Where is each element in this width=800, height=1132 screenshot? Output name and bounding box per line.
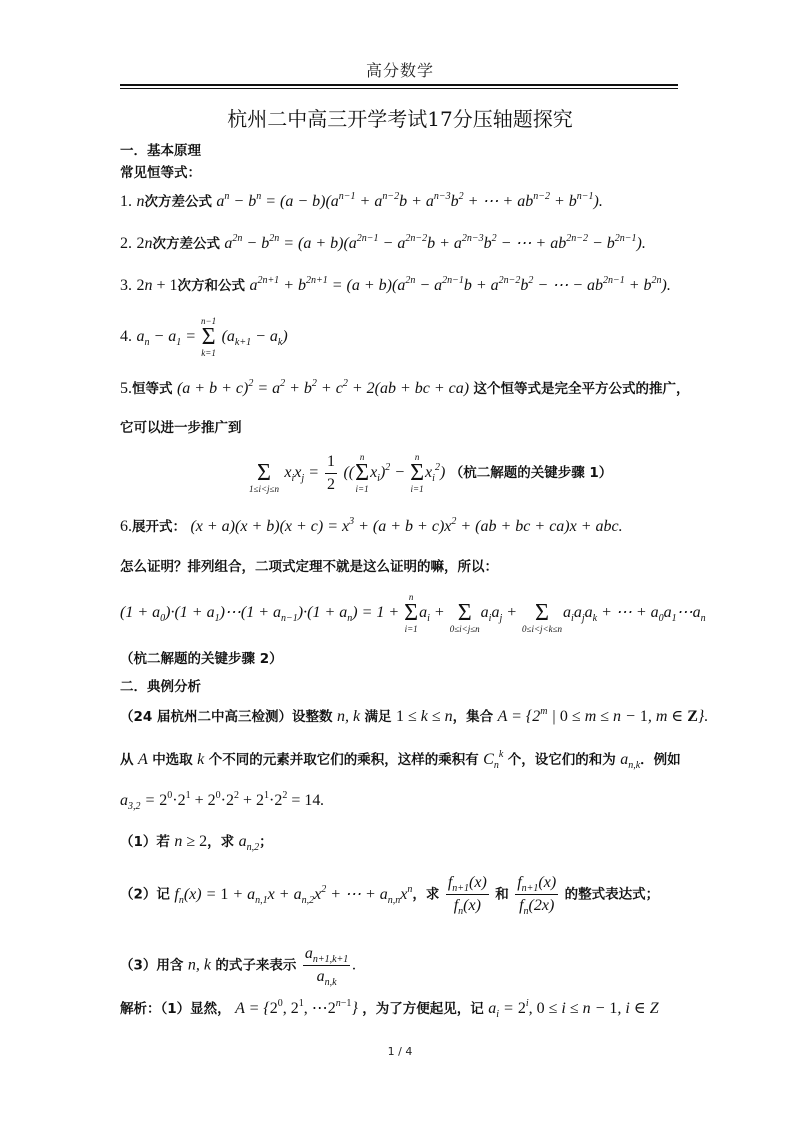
identity-5: 5.恒等式 (a + b + c)2 = a2 + b2 + c2 + 2(ab…: [120, 380, 690, 398]
solution-start: 解析：（1）显然， A = {20, 21, ⋯2n−1} ，为了方便起见，记 …: [120, 1000, 659, 1018]
document-title: 杭州二中高三开学考试17分压轴题探究: [0, 103, 800, 132]
product-expansion-formula: (1 + a0)·(1 + a1)⋯(1 + an−1)·(1 + an) = …: [120, 592, 706, 634]
key-step-1-note: （杭二解题的关键步骤 1）: [450, 465, 613, 481]
running-header: 高分数学: [0, 58, 800, 81]
identity-4: 4. an − a1 = n−1Σk=1 (ak+1 − ak): [120, 316, 288, 358]
problem-part-2: （2）记 fn(x) = 1 + an,1x + an,2x2 + ⋯ + an…: [120, 874, 659, 915]
header-double-rule: [120, 84, 678, 89]
key-step-2-note: （杭二解题的关键步骤 2）: [120, 650, 283, 668]
summation-symbol: n−1Σk=1: [201, 316, 216, 358]
identity-6: 6.展开式： (x + a)(x + b)(x + c) = x3 + (a +…: [120, 518, 623, 536]
identity-2: 2. 2n次方差公式 a2n − b2n = (a + b)(a2n−1 − a…: [120, 235, 646, 253]
problem-stem-1: （24 届杭州二中高三检测）设整数 n, k 满足 1 ≤ k ≤ n，集合 A…: [120, 708, 708, 726]
document-page: 高分数学 杭州二中高三开学考试17分压轴题探究 一．基本原理 常见恒等式： 1.…: [0, 0, 800, 1132]
problem-stem-2: 从 A 中选取 k 个不同的元素并取它们的乘积，这样的乘积有 Cnk 个，设它们…: [120, 751, 681, 769]
summation-symbol: Σ1≤i<j≤n: [249, 452, 279, 494]
identity-5-continuation: 它可以进一步推广到: [120, 419, 242, 437]
proof-question: 怎么证明？排列组合，二项式定理不就是这么证明的嘛，所以：: [120, 558, 498, 576]
problem-example: a3,2 = 20·21 + 20·22 + 21·22 = 14.: [120, 792, 324, 810]
identity-3: 3. 2n + 1次方和公式 a2n+1 + b2n+1 = (a + b)(a…: [120, 277, 671, 295]
page-number: 1 / 4: [0, 1045, 800, 1058]
problem-part-3: （3）用含 n, k 的式子来表示 an+1,k+1an,k.: [120, 945, 356, 986]
rule-thin: [120, 88, 678, 89]
section1-heading: 一．基本原理: [120, 142, 201, 160]
problem-part-1: （1）若 n ≥ 2，求 an,2；: [120, 833, 273, 851]
generalization-formula: Σ1≤i<j≤n xixj = 12 ((nΣi=1xi)2 − nΣi=1xi…: [248, 452, 612, 494]
section1-subheading: 常见恒等式：: [120, 164, 201, 182]
rule-thick: [120, 84, 678, 86]
section2-heading: 二．典例分析: [120, 678, 201, 696]
identity-1: 1. n次方差公式 an − bn = (a − b)(an−1 + an−2b…: [120, 193, 603, 211]
